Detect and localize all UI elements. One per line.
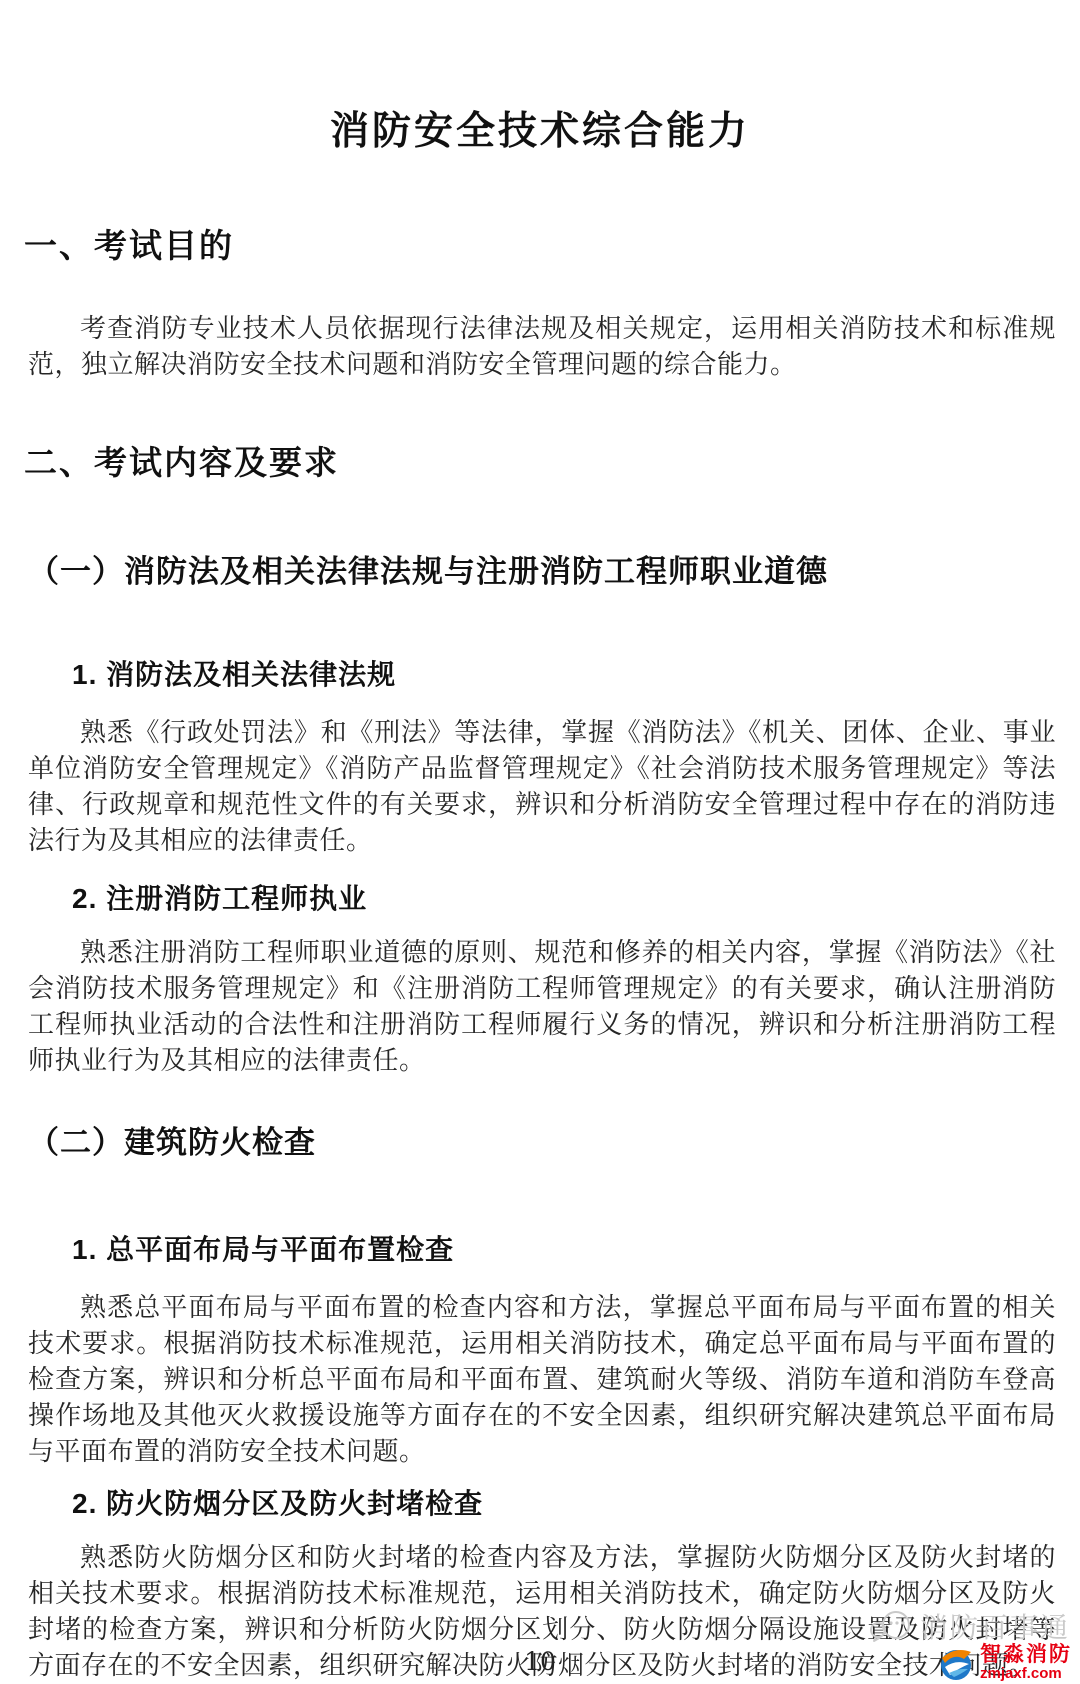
heading-engineer-practice: 2. 注册消防工程师执业 [72, 877, 1056, 917]
brand-name: 智淼消防 [980, 1644, 1072, 1666]
paragraph-engineer-practice: 熟悉注册消防工程师职业道德的原则、规范和修养的相关内容，掌握《消防法》《社会消防… [28, 935, 1056, 1079]
chat-bubble-face-icon [868, 1608, 914, 1644]
zhimiao-logo-icon [937, 1644, 975, 1682]
doc-title: 消防安全技术综合能力 [24, 100, 1056, 156]
watermark-fire119: 消防百事通 [868, 1606, 1070, 1646]
heading-exam-purpose: 一、考试目的 [24, 220, 1056, 267]
heading-site-layout-inspection: 1. 总平面布局与平面布置检查 [72, 1228, 1056, 1268]
document-page: 消防安全技术综合能力 一、考试目的 考查消防专业技术人员依据现行法律法规及相关规… [0, 0, 1080, 1684]
paragraph-fire-law: 熟悉《行政处罚法》和《刑法》等法律，掌握《消防法》《机关、团体、企业、事业单位消… [28, 715, 1056, 859]
heading-fire-law-ethics: （一）消防法及相关法律法规与注册消防工程师职业道德 [28, 546, 1056, 591]
heading-fire-law: 1. 消防法及相关法律法规 [72, 653, 1056, 693]
paragraph-exam-purpose: 考查消防专业技术人员依据现行法律法规及相关规定，运用相关消防技术和标准规范，独立… [28, 311, 1056, 383]
document-content: 消防安全技术综合能力 一、考试目的 考查消防专业技术人员依据现行法律法规及相关规… [0, 100, 1080, 1684]
page-number: 10 [0, 1647, 1080, 1676]
brand-badge: 智淼消防 zmjaxf.com [937, 1644, 1072, 1682]
heading-building-fire-inspection: （二）建筑防火检查 [28, 1117, 1056, 1162]
heading-exam-content: 二、考试内容及要求 [24, 437, 1056, 484]
watermark-label: 消防百事通 [920, 1606, 1070, 1646]
paragraph-site-layout-inspection: 熟悉总平面布局与平面布置的检查内容和方法，掌握总平面布局与平面布置的相关技术要求… [28, 1290, 1056, 1470]
heading-fire-smoke-compartment-inspection: 2. 防火防烟分区及防火封堵检查 [72, 1482, 1056, 1522]
brand-site: zmjaxf.com [980, 1666, 1072, 1682]
